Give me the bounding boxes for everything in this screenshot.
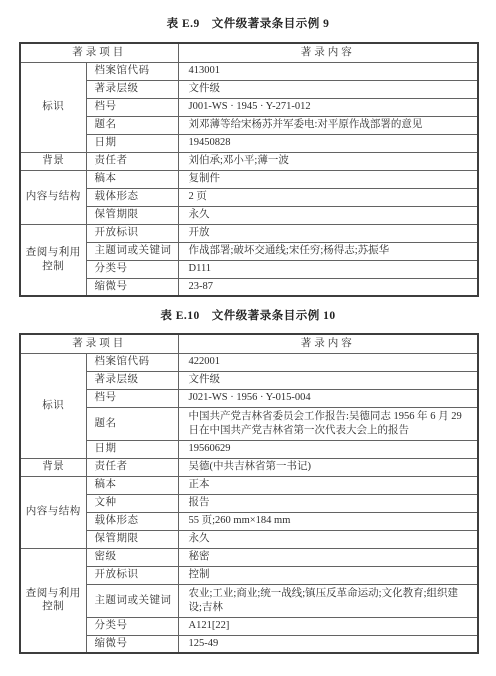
description-table: 著录项目著录内容标识档案馆代码422001著录层级文件级档号J021-WS · … <box>19 333 479 654</box>
table-row: 分类号D111 <box>20 260 478 278</box>
field-name-cell: 稿本 <box>86 476 178 494</box>
table-row: 题名刘邓薄等给宋杨苏并军委电:对平原作战部署的意见 <box>20 116 478 134</box>
table-row: 缩微号23-87 <box>20 278 478 296</box>
table-e10-section: 表 E.10 文件级著录条目示例 10著录项目著录内容标识档案馆代码422001… <box>0 297 496 654</box>
column-header-items: 著录项目 <box>20 334 178 353</box>
field-value-cell: D111 <box>178 260 478 278</box>
field-value-cell: 19450828 <box>178 134 478 152</box>
table-row: 著录层级文件级 <box>20 371 478 389</box>
group-label-cell: 背景 <box>20 152 86 170</box>
table-title: 表 E.9 文件级著录条目示例 9 <box>0 0 496 42</box>
table-row: 标识档案馆代码422001 <box>20 353 478 371</box>
table-row: 日期19450828 <box>20 134 478 152</box>
table-row: 日期19560629 <box>20 440 478 458</box>
column-header-content: 著录内容 <box>178 334 478 353</box>
field-name-cell: 主题词或关键词 <box>86 242 178 260</box>
field-value-cell: J021-WS · 1956 · Y-015-004 <box>178 389 478 407</box>
table-row: 保管期限永久 <box>20 530 478 548</box>
group-label-cell: 背景 <box>20 458 86 476</box>
field-value-cell: 复制件 <box>178 170 478 188</box>
field-name-cell: 档号 <box>86 98 178 116</box>
field-value-cell: 中国共产党吉林省委员会工作报告:吴德同志 1956 年 6 月 29 日在中国共… <box>178 407 478 440</box>
group-label-cell: 查阅与利用控制 <box>20 548 86 653</box>
table-row: 载体形态55 页;260 mm×184 mm <box>20 512 478 530</box>
field-value-cell: 125-49 <box>178 635 478 653</box>
field-name-cell: 缩微号 <box>86 278 178 296</box>
table-row: 标识档案馆代码413001 <box>20 62 478 80</box>
table-row: 开放标识控制 <box>20 566 478 584</box>
field-name-cell: 载体形态 <box>86 512 178 530</box>
table-row: 保管期限永久 <box>20 206 478 224</box>
field-value-cell: 19560629 <box>178 440 478 458</box>
field-name-cell: 档案馆代码 <box>86 62 178 80</box>
field-value-cell: 刘邓薄等给宋杨苏并军委电:对平原作战部署的意见 <box>178 116 478 134</box>
field-name-cell: 主题词或关键词 <box>86 584 178 617</box>
field-name-cell: 档号 <box>86 389 178 407</box>
table-header-row: 著录项目著录内容 <box>20 334 478 353</box>
table-row: 档号J021-WS · 1956 · Y-015-004 <box>20 389 478 407</box>
table-row: 主题词或关键词农业;工业;商业;统一战线;镇压反革命运动;文化教育;组织建设;吉… <box>20 584 478 617</box>
table-row: 内容与结构稿本复制件 <box>20 170 478 188</box>
field-name-cell: 保管期限 <box>86 206 178 224</box>
field-value-cell: 永久 <box>178 206 478 224</box>
field-name-cell: 日期 <box>86 440 178 458</box>
field-value-cell: 永久 <box>178 530 478 548</box>
table-row: 查阅与利用控制开放标识开放 <box>20 224 478 242</box>
table-header-row: 著录项目著录内容 <box>20 43 478 62</box>
field-name-cell: 文种 <box>86 494 178 512</box>
field-value-cell: 农业;工业;商业;统一战线;镇压反革命运动;文化教育;组织建设;吉林 <box>178 584 478 617</box>
table-title: 表 E.10 文件级著录条目示例 10 <box>0 297 496 333</box>
field-value-cell: 刘伯承;邓小平;薄一波 <box>178 152 478 170</box>
field-name-cell: 日期 <box>86 134 178 152</box>
document-page: 表 E.9 文件级著录条目示例 9著录项目著录内容标识档案馆代码413001著录… <box>0 0 496 676</box>
column-header-content: 著录内容 <box>178 43 478 62</box>
table-row: 主题词或关键词作战部署;破坏交通线;宋任穷;杨得志;苏振华 <box>20 242 478 260</box>
field-name-cell: 责任者 <box>86 458 178 476</box>
group-label-cell: 标识 <box>20 62 86 152</box>
field-name-cell: 稿本 <box>86 170 178 188</box>
table-row: 缩微号125-49 <box>20 635 478 653</box>
field-name-cell: 题名 <box>86 116 178 134</box>
field-name-cell: 开放标识 <box>86 566 178 584</box>
table-row: 题名中国共产党吉林省委员会工作报告:吴德同志 1956 年 6 月 29 日在中… <box>20 407 478 440</box>
field-value-cell: J001-WS · 1945 · Y-271-012 <box>178 98 478 116</box>
field-name-cell: 开放标识 <box>86 224 178 242</box>
field-name-cell: 著录层级 <box>86 80 178 98</box>
table-e9-section: 表 E.9 文件级著录条目示例 9著录项目著录内容标识档案馆代码413001著录… <box>0 0 496 297</box>
field-value-cell: 2 页 <box>178 188 478 206</box>
field-value-cell: 413001 <box>178 62 478 80</box>
table-row: 文种报告 <box>20 494 478 512</box>
field-value-cell: 文件级 <box>178 371 478 389</box>
field-name-cell: 载体形态 <box>86 188 178 206</box>
field-value-cell: 开放 <box>178 224 478 242</box>
table-row: 分类号A121[22] <box>20 617 478 635</box>
table-row: 背景责任者刘伯承;邓小平;薄一波 <box>20 152 478 170</box>
table-row: 载体形态2 页 <box>20 188 478 206</box>
field-value-cell: 422001 <box>178 353 478 371</box>
group-label-cell: 查阅与利用控制 <box>20 224 86 296</box>
field-name-cell: 分类号 <box>86 617 178 635</box>
table-row: 著录层级文件级 <box>20 80 478 98</box>
field-name-cell: 责任者 <box>86 152 178 170</box>
group-label-cell: 内容与结构 <box>20 170 86 224</box>
field-value-cell: A121[22] <box>178 617 478 635</box>
table-row: 档号J001-WS · 1945 · Y-271-012 <box>20 98 478 116</box>
field-name-cell: 题名 <box>86 407 178 440</box>
field-value-cell: 23-87 <box>178 278 478 296</box>
field-value-cell: 作战部署;破坏交通线;宋任穷;杨得志;苏振华 <box>178 242 478 260</box>
table-row: 背景责任者吴德(中共吉林省第一书记) <box>20 458 478 476</box>
field-value-cell: 报告 <box>178 494 478 512</box>
table-row: 内容与结构稿本正本 <box>20 476 478 494</box>
table-row: 查阅与利用控制密级秘密 <box>20 548 478 566</box>
field-name-cell: 缩微号 <box>86 635 178 653</box>
field-value-cell: 秘密 <box>178 548 478 566</box>
field-value-cell: 文件级 <box>178 80 478 98</box>
group-label-cell: 标识 <box>20 353 86 458</box>
column-header-items: 著录项目 <box>20 43 178 62</box>
field-name-cell: 著录层级 <box>86 371 178 389</box>
field-name-cell: 保管期限 <box>86 530 178 548</box>
field-name-cell: 档案馆代码 <box>86 353 178 371</box>
field-value-cell: 控制 <box>178 566 478 584</box>
field-value-cell: 55 页;260 mm×184 mm <box>178 512 478 530</box>
field-name-cell: 密级 <box>86 548 178 566</box>
field-value-cell: 吴德(中共吉林省第一书记) <box>178 458 478 476</box>
field-value-cell: 正本 <box>178 476 478 494</box>
group-label-cell: 内容与结构 <box>20 476 86 548</box>
description-table: 著录项目著录内容标识档案馆代码413001著录层级文件级档号J001-WS · … <box>19 42 479 297</box>
field-name-cell: 分类号 <box>86 260 178 278</box>
